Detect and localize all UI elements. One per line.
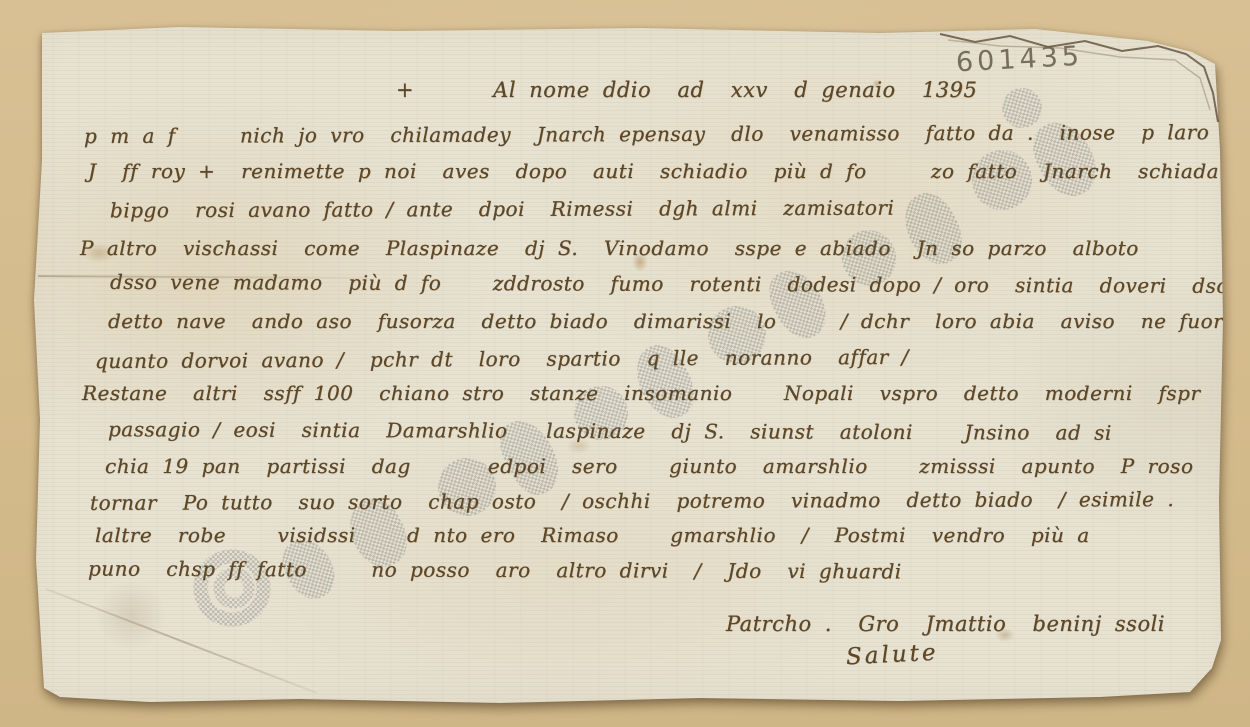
letter-signature: Patrcho . Gro Jmattio beninj ssoli [726,612,1165,636]
letter-body-line: tornar Po tutto suo sorto chap osto / os… [90,487,1174,515]
manuscript-scan: 601435 + Al nome ddio ad xxv d genaio 13… [0,0,1250,727]
letter-body-line: laltre robe visidssi d nto ero Rimaso gm… [95,523,1090,547]
watermark-blob [894,185,973,274]
archive-number: 601435 [955,41,1084,79]
letter-paper: 601435 + Al nome ddio ad xxv d genaio 13… [0,0,1250,727]
letter-body-line: Restane altri ssff 100 chiano stro stanz… [82,381,1201,405]
signature-flourish: Salute [845,640,939,671]
letter-body-line: puno chsp ff fatto no posso aro altro di… [88,557,902,584]
letter-body-line: P altro vischassi come Plaspinaze dj S. … [80,236,1139,260]
letter-heading-dateline: + Al nome ddio ad xxv d genaio 1395 [396,78,977,102]
letter-body-line: p m a f nich jo vro chilamadey Jnarch ep… [84,120,1250,148]
letter-body-line: detto nave ando aso fusorza detto biado … [108,309,1243,333]
letter-body-line: J ff roy + renimette p noi aves dopo aut… [88,159,1250,183]
paper-shadow-wrap: 601435 + Al nome ddio ad xxv d genaio 13… [0,0,1250,727]
letter-body-line: chia 19 pan partissi dag edpoi sero giun… [105,454,1193,478]
letter-body-line: bipgo rosi avano fatto / ante dpoi Rimes… [110,196,894,223]
letter-body-line: quanto dorvoi avano / pchr dt loro spart… [95,345,909,373]
diagonal-corner-crease [46,588,317,694]
paper-smudge [96,580,166,650]
letter-body-line: dsso vene madamo più d fo zddrosto fumo … [110,270,1250,298]
letter-body-line: passagio / eosi sintia Damarshlio laspin… [108,417,1112,445]
